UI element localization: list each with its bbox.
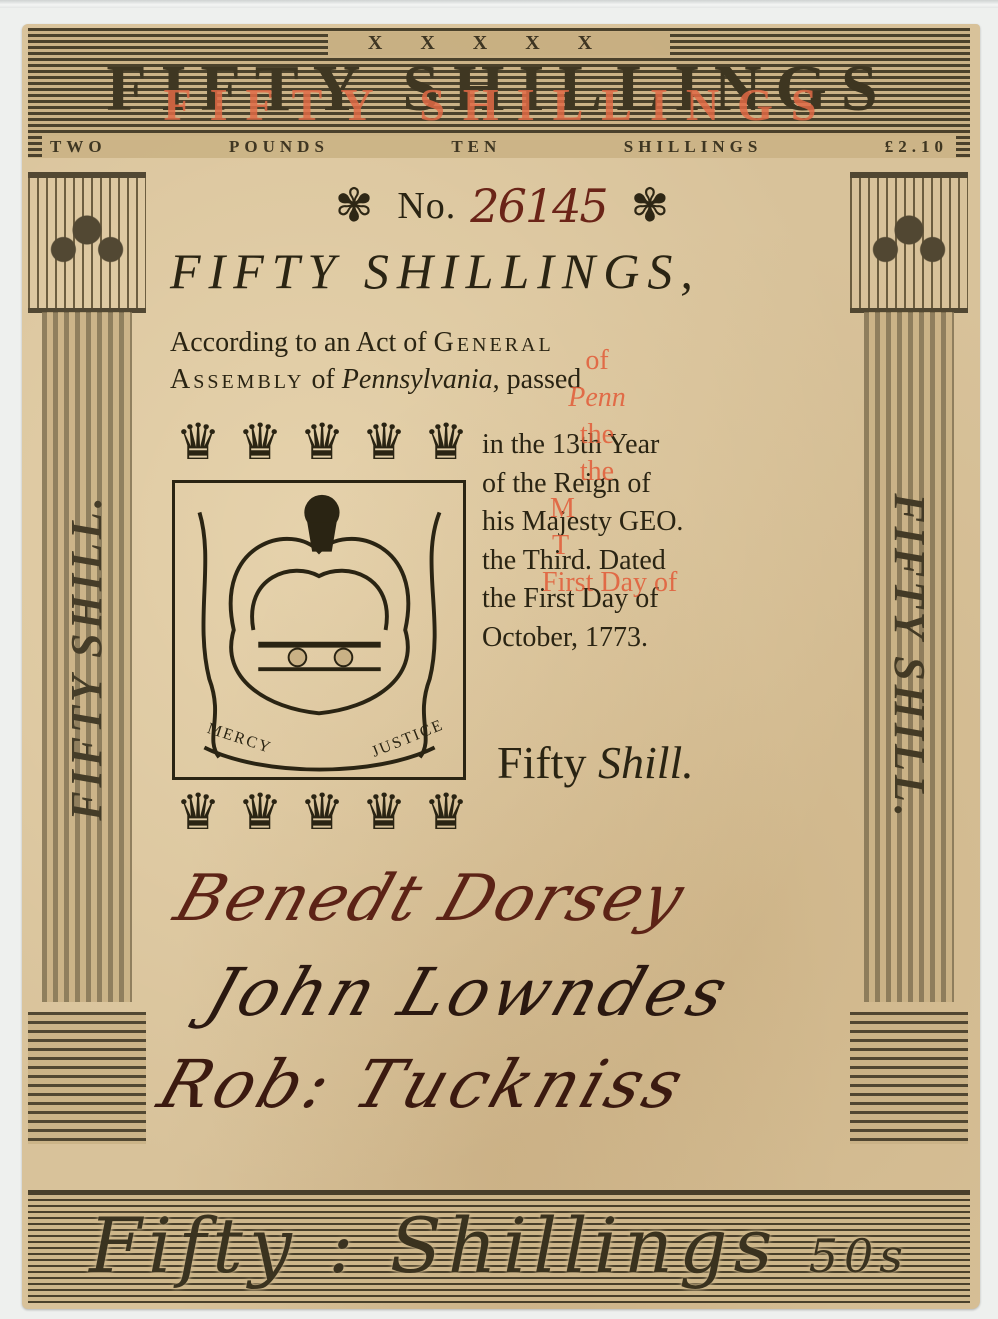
numeral: X [473, 32, 525, 54]
crown-icon: ♛ [232, 416, 288, 468]
numeral: X [525, 32, 577, 54]
column-label: FIFTY SHILL. [42, 312, 132, 1002]
banner-red-overprint: FIFTY SHILLINGS [28, 78, 970, 131]
bottom-value: 50s [809, 1229, 909, 1283]
act-small-caps: General [434, 327, 554, 358]
column-label: FIFTY SHILL. [864, 312, 954, 1002]
crown-row-bottom: ♛♛♛♛♛ [170, 786, 474, 838]
crown-icon: ♛ [170, 786, 226, 838]
act-text-span: of [304, 364, 341, 395]
act-line: Assembly of Pennsylvania, passed [170, 361, 835, 398]
banknote: XXXXX FIFTY SHILLINGS FIFTY SHILLINGS TW… [22, 24, 980, 1309]
act-line: According to an Act of General [170, 324, 835, 361]
crown-icon: ♛ [294, 416, 350, 468]
signature-3: Rob: Tuckniss [149, 1046, 696, 1123]
act-italic: Pennsylvania [342, 364, 493, 395]
column-capital-icon [850, 172, 968, 313]
act-small-caps: Assembly [170, 364, 304, 395]
left-column: FIFTY SHILL. [28, 172, 146, 1144]
crown-icon: ♛ [418, 416, 474, 468]
motto: MERCY JUSTICE [206, 730, 446, 748]
signature-1: Benedt Dorsey [166, 862, 694, 936]
banner-word: TWO [50, 136, 107, 158]
denomination-title: FIFTY SHILLINGS, [170, 242, 830, 300]
act-text-span: According to an Act of [170, 327, 434, 358]
column-base-icon [28, 1012, 146, 1144]
right-column: FIFTY SHILL. [850, 172, 968, 1144]
reign-line: the First Day of [482, 580, 832, 619]
banner-value: £2.10 [885, 136, 948, 158]
column-capital-icon [28, 172, 146, 313]
flourish-icon: ✾ [335, 183, 374, 229]
serial-row: ✾ No. 26145 ✾ [172, 176, 832, 236]
reign-text: in the 13th Year of the Reign of his Maj… [482, 426, 832, 657]
reign-line: the Third. Dated [482, 542, 832, 581]
crown-row-top: ♛♛♛♛♛ [170, 416, 474, 468]
numeral: X [368, 32, 420, 54]
crown-icon: ♛ [232, 786, 288, 838]
crown-icon: ♛ [418, 786, 474, 838]
column-shaft: FIFTY SHILL. [864, 312, 954, 1002]
reign-line: of the Reign of [482, 465, 832, 504]
act-text: According to an Act of General Assembly … [170, 324, 835, 398]
top-banner: XXXXX FIFTY SHILLINGS FIFTY SHILLINGS TW… [28, 28, 970, 158]
crown-icon: ♛ [356, 786, 412, 838]
column-base-icon [850, 1012, 968, 1144]
numeral: X [420, 32, 472, 54]
numeral: X [578, 32, 630, 54]
banner-word: POUNDS [229, 136, 329, 158]
holder-edge [0, 0, 998, 8]
reign-line: in the 13th Year [482, 426, 832, 465]
amount-plain: Fifty [497, 737, 598, 788]
amount-italic: Shill. [598, 737, 694, 788]
flourish-icon: ✾ [631, 183, 670, 229]
reign-line: his Majesty GEO. [482, 503, 832, 542]
bottom-script-text: Fifty : Shillings [89, 1201, 778, 1290]
crown-icon: ♛ [170, 416, 226, 468]
signature-2: John Lowndes [197, 954, 740, 1031]
bottom-banner: Fifty : Shillings 50s [28, 1190, 970, 1303]
amount-line: Fifty Shill. [497, 736, 694, 789]
crown-icon: ♛ [356, 416, 412, 468]
banner-word: SHILLINGS [624, 136, 763, 158]
reign-line: October, 1773. [482, 619, 832, 658]
serial-number: 26145 [470, 179, 606, 233]
banner-word: TEN [451, 136, 501, 158]
crown-icon: ♛ [294, 786, 350, 838]
bottom-script: Fifty : Shillings 50s [28, 1201, 970, 1290]
act-text-span: , passed [493, 364, 582, 395]
banner-small-text: TWO POUNDS TEN SHILLINGS £2.10 [42, 136, 956, 158]
serial-label: No. [397, 184, 456, 228]
column-shaft: FIFTY SHILL. [42, 312, 132, 1002]
